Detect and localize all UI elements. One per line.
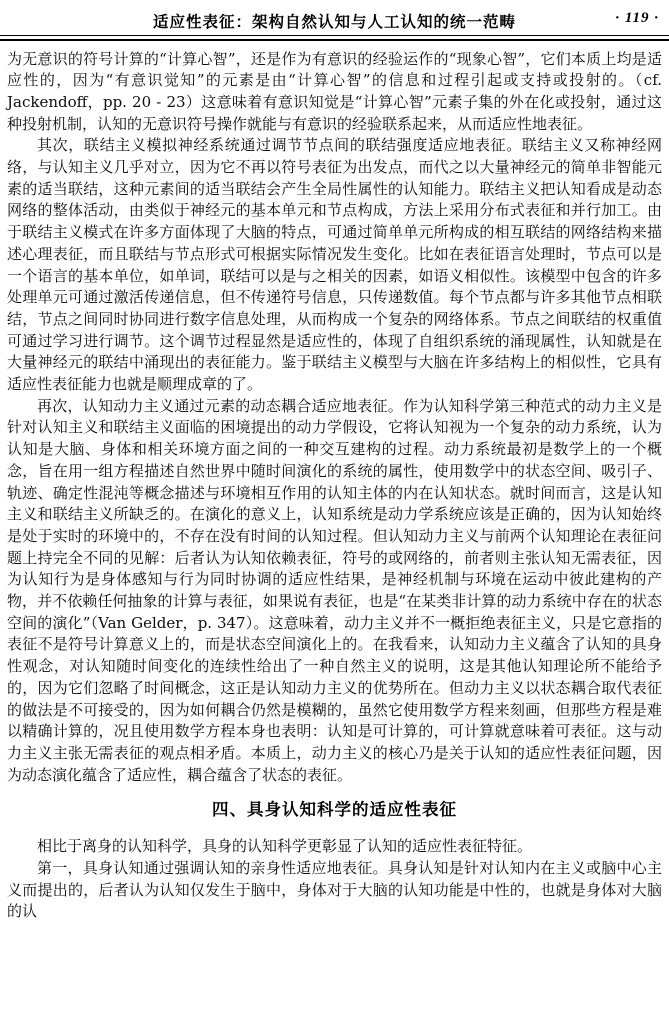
article-body: 为无意识的符号计算的“计算心智”，还是作为有意识的经验运作的“现象心智”，它们本… (7, 49, 662, 923)
body-paragraph-continuation: 为无意识的符号计算的“计算心智”，还是作为有意识的经验运作的“现象心智”，它们本… (7, 49, 662, 136)
section-heading: 四、具身认知科学的适应性表征 (7, 799, 662, 821)
body-paragraph-embodied-intro: 相比于离身的认知科学，具身的认知科学更彰显了认知的适应性表征特征。 (7, 836, 662, 858)
body-paragraph-connectionism: 其次，联结主义模拟神经系统通过调节节点间的联结强度适应地表征。联结主义又称神经网… (7, 135, 662, 395)
running-head-title: 适应性表征：架构自然认知与人工认知的统一范畴 (0, 10, 669, 32)
page-number: · 119 · (615, 10, 659, 27)
body-paragraph-dynamicism: 再次，认知动力主义通过元素的动态耦合适应地表征。作为认知科学第三种范式的动力主义… (7, 396, 662, 787)
running-head: 适应性表征：架构自然认知与人工认知的统一范畴 · 119 · (0, 0, 669, 32)
paper-page: 适应性表征：架构自然认知与人工认知的统一范畴 · 119 · 为无意识的符号计算… (0, 0, 669, 1032)
body-paragraph-embodied-first: 第一，具身认知通过强调认知的亲身性适应地表征。具身认知是针对认知内在主义或脑中心… (7, 858, 662, 923)
header-rule (0, 35, 669, 41)
